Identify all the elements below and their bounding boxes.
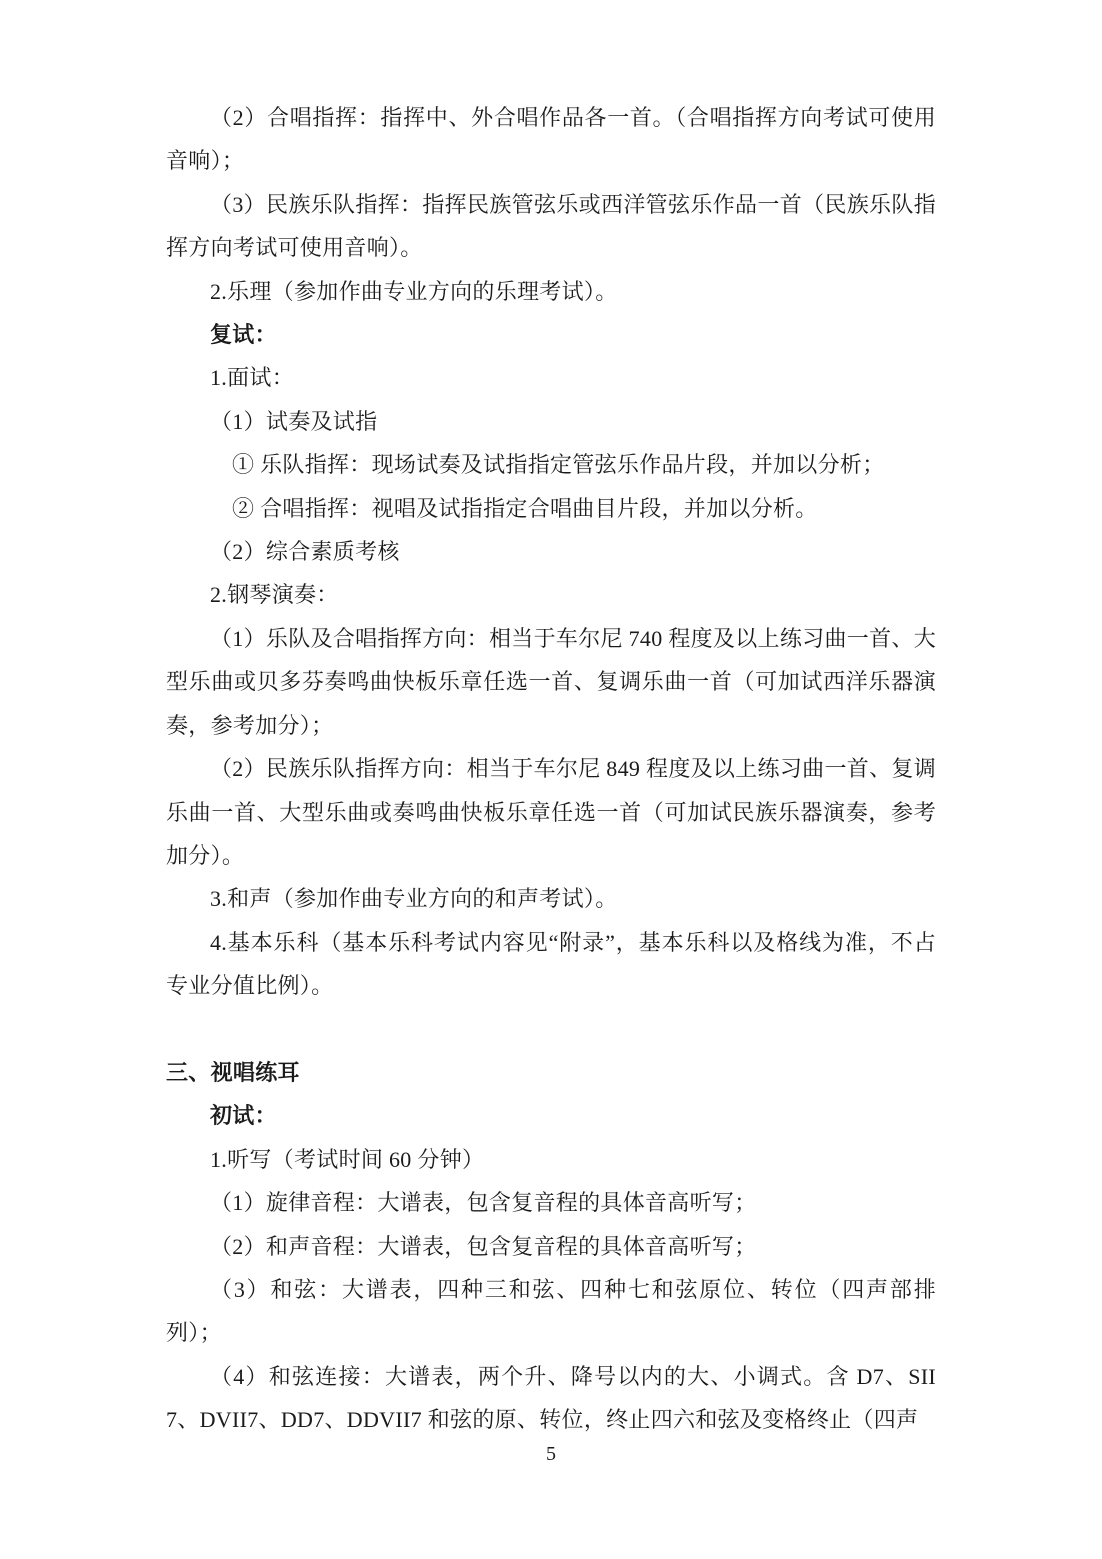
blank-line	[166, 1008, 936, 1051]
para-choral-conducting: （2）合唱指挥：指挥中、外合唱作品各一首。（合唱指挥方向考试可使用音响）；	[166, 96, 936, 183]
para-piano-performance: 2.钢琴演奏：	[166, 573, 936, 616]
para-orchestra-conducting-item: ① 乐队指挥：现场试奏及试指指定管弦乐作品片段，并加以分析；	[166, 443, 936, 486]
page-number: 5	[0, 1442, 1102, 1466]
para-harmonic-interval: （2）和声音程：大谱表，包含复音程的具体音高听写；	[166, 1225, 936, 1268]
para-orchestra-choir-direction: （1）乐队及合唱指挥方向：相当于车尔尼 740 程度及以上练习曲一首、大型乐曲或…	[166, 617, 936, 747]
para-chords: （3）和弦：大谱表，四种三和弦、四种七和弦原位、转位（四声部排列）；	[166, 1268, 936, 1355]
para-choir-conducting-item: ② 合唱指挥：视唱及试指指定合唱曲目片段，并加以分析。	[166, 487, 936, 530]
document-body: （2）合唱指挥：指挥中、外合唱作品各一首。（合唱指挥方向考试可使用音响）； （3…	[166, 96, 936, 1442]
para-melodic-interval: （1）旋律音程：大谱表，包含复音程的具体音高听写；	[166, 1181, 936, 1224]
document-page: { "doc": { "page_number": "5", "colors":…	[0, 0, 1102, 1559]
para-folk-orchestra-direction: （2）民族乐队指挥方向：相当于车尔尼 849 程度及以上练习曲一首、复调乐曲一首…	[166, 747, 936, 877]
para-folk-orchestra-conducting: （3）民族乐队指挥：指挥民族管弦乐或西洋管弦乐作品一首（民族乐队指挥方向考试可使…	[166, 183, 936, 270]
para-dictation: 1.听写（考试时间 60 分钟）	[166, 1138, 936, 1181]
heading-section-three-sight-singing: 三、视唱练耳	[166, 1051, 936, 1094]
para-comprehensive-quality: （2）综合素质考核	[166, 530, 936, 573]
para-music-theory: 2.乐理（参加作曲专业方向的乐理考试）。	[166, 270, 936, 313]
para-chord-progression: （4）和弦连接：大谱表，两个升、降号以内的大、小调式。含 D7、SII7、DVI…	[166, 1355, 936, 1442]
heading-second-round: 复试：	[166, 313, 936, 356]
para-sight-playing: （1）试奏及试指	[166, 400, 936, 443]
heading-first-round: 初试：	[166, 1094, 936, 1137]
para-harmony: 3.和声（参加作曲专业方向的和声考试）。	[166, 877, 936, 920]
para-interview: 1.面试：	[166, 356, 936, 399]
para-basic-music-course: 4.基本乐科（基本乐科考试内容见“附录”，基本乐科以及格线为准，不占专业分值比例…	[166, 921, 936, 1008]
